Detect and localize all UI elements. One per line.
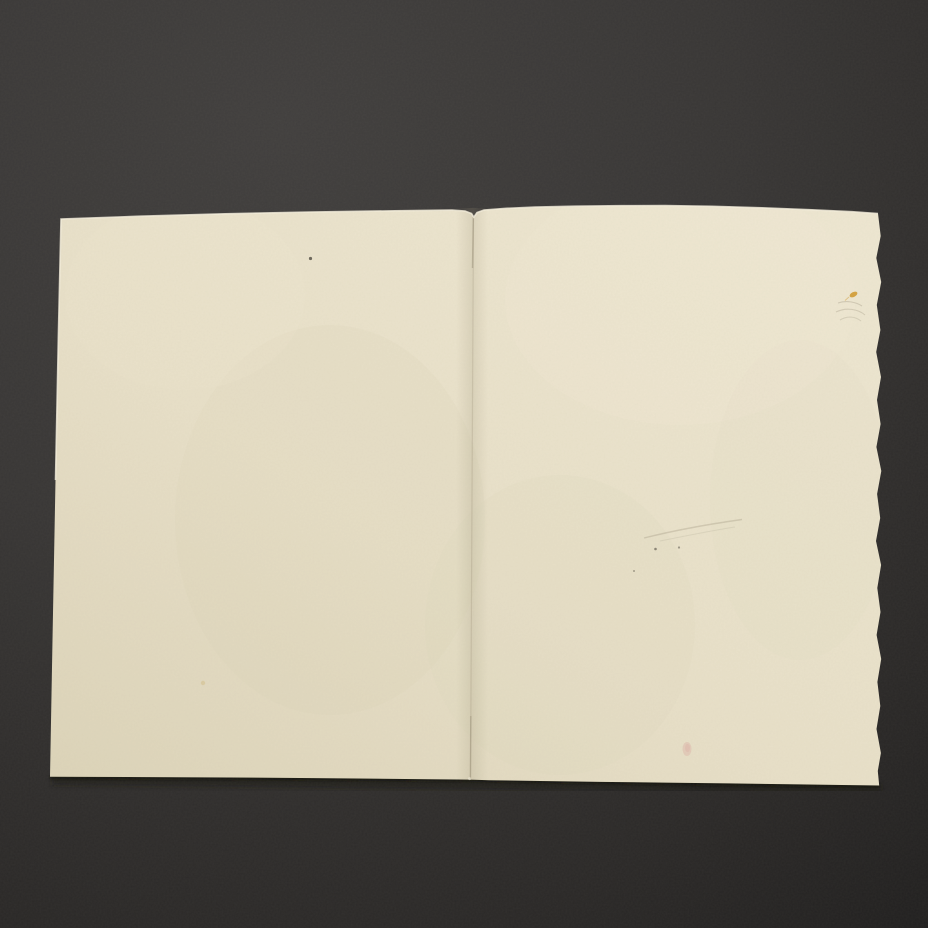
product-photo <box>0 0 928 928</box>
photo-grain <box>0 0 928 928</box>
folded-card-photo <box>0 0 928 928</box>
